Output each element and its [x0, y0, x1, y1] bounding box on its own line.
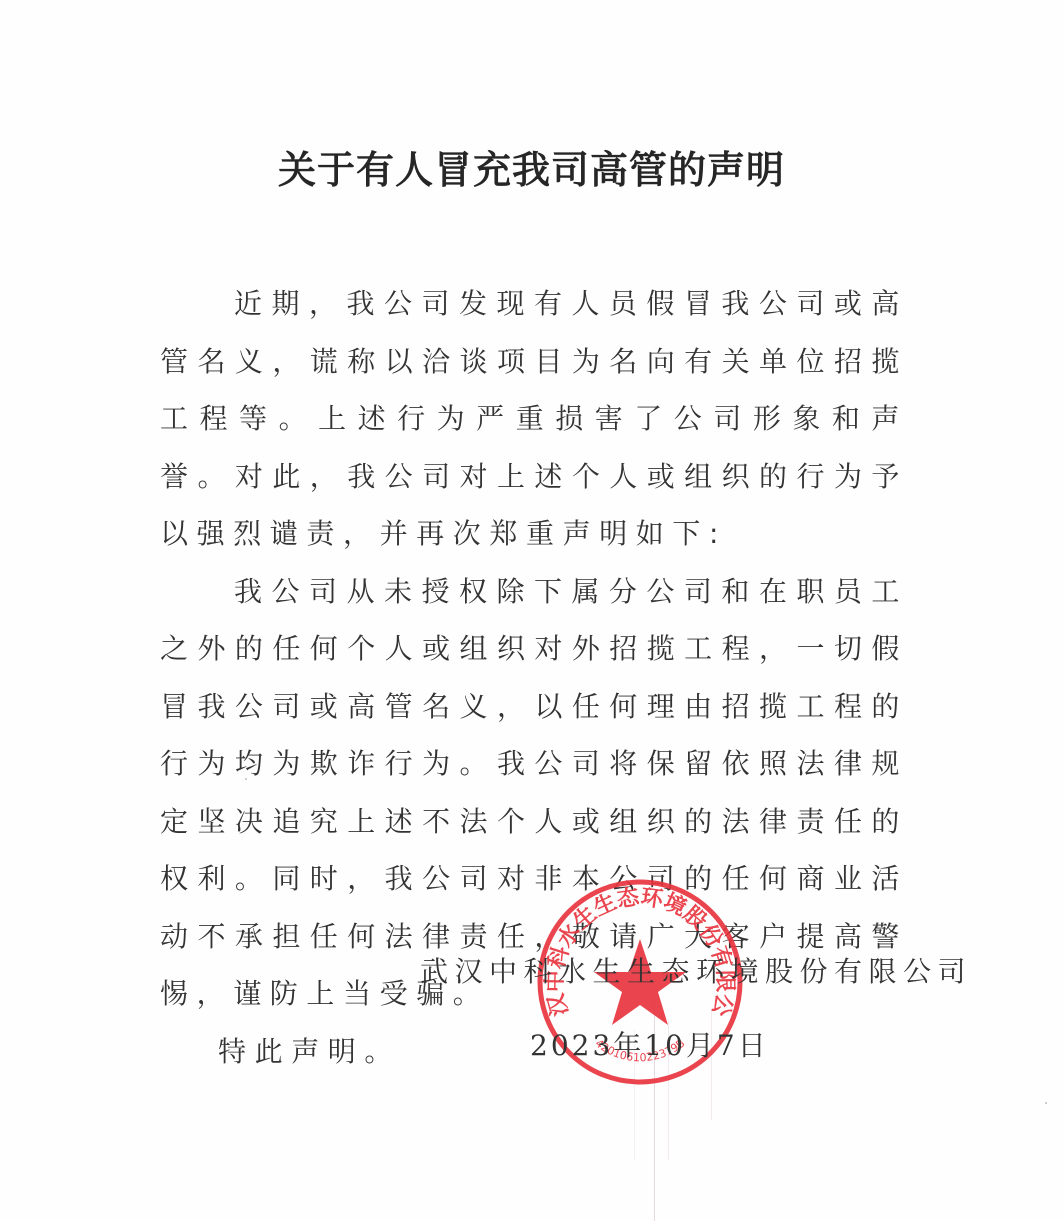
document-title: 关于有人冒充我司高管的声明 [0, 143, 1063, 197]
scan-speck [245, 778, 247, 780]
signature-block: 武汉中科水生生态环境股份有限公司 2023年10月7日 [420, 945, 890, 1073]
signature-date: 2023年10月7日 [530, 1019, 890, 1073]
scan-speck [778, 467, 780, 469]
document-page: 关于有人冒充我司高管的声明 近期，我公司发现有人员假冒我公司或高管名义，谎称以洽… [0, 0, 1063, 1221]
signature-company: 武汉中科水生生态环境股份有限公司 [420, 945, 890, 999]
scan-speck [1045, 1102, 1047, 1104]
paragraph-1: 近期，我公司发现有人员假冒我公司或高管名义，谎称以洽谈项目为名向有关单位招揽工程… [160, 275, 908, 563]
